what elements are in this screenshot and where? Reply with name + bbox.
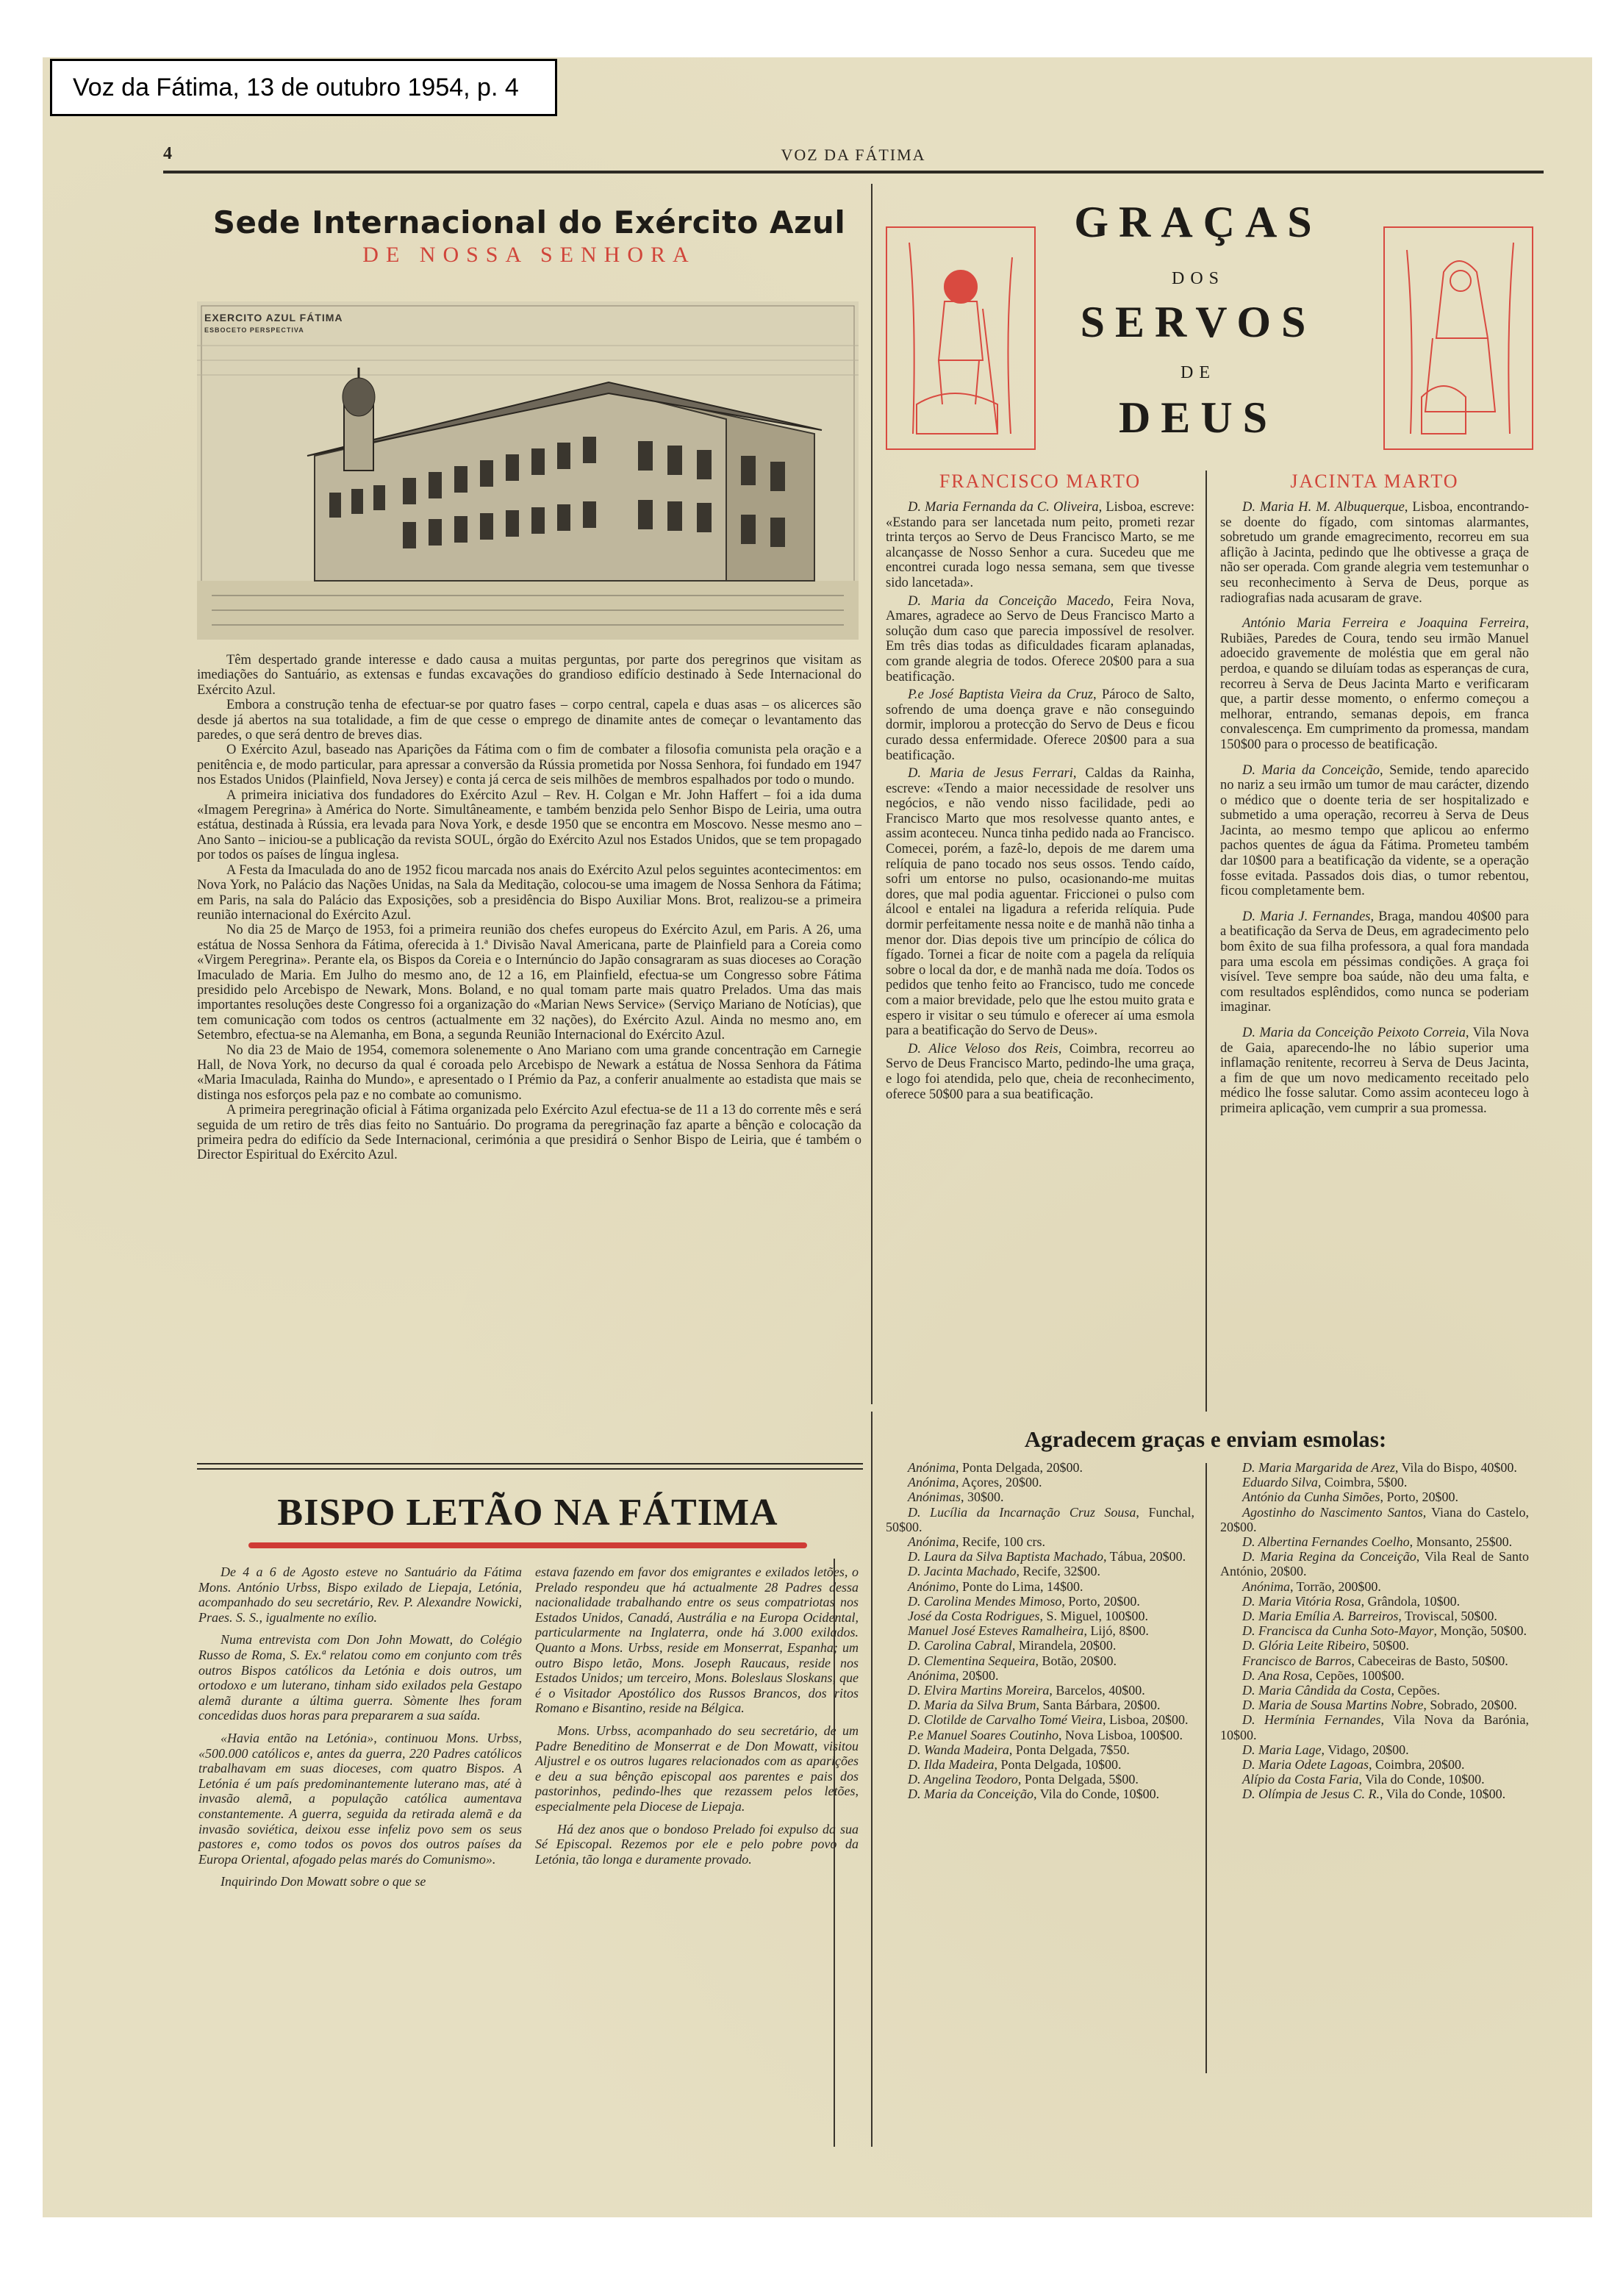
donation-entry: D. Carolina Mendes Mimoso, Porto, 20$00. [886,1594,1194,1609]
donation-entry: D. Ilda Madeira, Ponta Delgada, 10$00. [886,1757,1194,1772]
donation-entry: D. Hermínia Fernandes, Vila Nova da Baró… [1220,1712,1529,1742]
column-divider [871,1412,873,2147]
paragraph: No dia 23 de Maio de 1954, comemora sole… [197,1043,861,1104]
paragraph: No dia 25 de Março de 1953, foi a primei… [197,923,861,1043]
building-illustration: EXERCITO AZUL FÁTIMA ESBOCETO PERSPECTIV… [197,301,859,640]
donation-entry: D. Laura da Silva Baptista Machado, Tábu… [886,1549,1194,1564]
grace-entry: D. Alice Veloso dos Reis, Coimbra, recor… [886,1042,1194,1102]
donation-entry: D. Maria de Sousa Martins Nobre, Sobrado… [1220,1698,1529,1712]
donation-entry: D. Carolina Cabral, Mirandela, 20$00. [886,1638,1194,1653]
paragraph: Mons. Urbss, acompanhado do seu secretár… [535,1723,859,1814]
article-bispo-col-2: estava fazendo em favor dos emigrantes e… [535,1564,859,1874]
grace-entry: D. Maria da Conceição Peixoto Correia, V… [1220,1026,1529,1117]
paragraph: Têm despertado grande interesse e dado c… [197,653,861,698]
donation-entry: Agostinho do Nascimento Santos, Viana do… [1220,1505,1529,1534]
donation-entry: Anónimo, Ponte do Lima, 14$00. [886,1579,1194,1594]
donation-entry: D. Ana Rosa, Cepões, 100$00. [1220,1668,1529,1683]
grace-entry: D. Maria de Jesus Ferrari, Caldas da Rai… [886,766,1194,1039]
donation-entry: D. Angelina Teodoro, Ponta Delgada, 5$00… [886,1772,1194,1787]
donation-entry: D. Maria Odete Lagoas, Coimbra, 20$00. [1220,1757,1529,1772]
column-divider [1205,471,1207,1412]
grace-entry: P.e José Baptista Vieira da Cruz, Pároco… [886,687,1194,763]
donation-entry: D. Clotilde de Carvalho Tomé Vieira, Lis… [886,1712,1194,1727]
donation-entry: Manuel José Esteves Ramalheira, Lijó, 8$… [886,1623,1194,1638]
illustration-label: EXERCITO AZUL FÁTIMA [204,312,343,323]
grace-entry: D. Maria Fernanda da C. Oliveira, Lisboa… [886,500,1194,591]
jacinta-illustration [1383,226,1533,450]
article-sede-body: Têm despertado grande interesse e dado c… [197,653,861,1163]
section-rule [197,1463,863,1464]
donation-entry: Anónimas, 30$00. [886,1489,1194,1504]
donation-entry: Anónima, Açores, 20$00. [886,1475,1194,1489]
running-head: 4 VOZ DA FÁTIMA [163,144,1544,174]
article-bispo-col-1: De 4 a 6 de Agosto esteve no Santuário d… [198,1564,522,1897]
francisco-entries: D. Maria Fernanda da C. Oliveira, Lisboa… [886,500,1194,1105]
donation-entry: Alípio da Costa Faria, Vila do Conde, 10… [1220,1772,1529,1787]
donation-entry: José da Costa Rodrigues, S. Miguel, 100$… [886,1609,1194,1623]
donation-entry: Anónima, Recife, 100 crs. [886,1534,1194,1549]
donations-title: Agradecem graças e enviam esmolas: [875,1426,1536,1453]
donation-entry: Anónima, Ponta Delgada, 20$00. [886,1460,1194,1475]
donation-entry: Anónima, 20$00. [886,1668,1194,1683]
donation-entry: Francisco de Barros, Cabeceiras de Basto… [1220,1653,1529,1668]
paragraph: Há dez anos que o bondoso Prelado foi ex… [535,1822,859,1867]
donation-entry: D. Clementina Sequeira, Botão, 20$00. [886,1653,1194,1668]
jacinta-entries: D. Maria H. M. Albuquerque, Lisboa, enco… [1220,500,1529,1120]
gracas-title-line-3: SERVOS [1058,297,1338,348]
grace-entry: D. Maria H. M. Albuquerque, Lisboa, enco… [1220,500,1529,606]
paragraph: A primeira peregrinação oficial à Fátima… [197,1103,861,1163]
donation-entry: D. Wanda Madeira, Ponta Delgada, 7$50. [886,1742,1194,1757]
gracas-title-line-1: GRAÇAS [1058,197,1338,248]
donation-entry: D. Jacinta Machado, Recife, 32$00. [886,1564,1194,1578]
grace-entry: D. Maria J. Fernandes, Braga, mandou 40$… [1220,909,1529,1015]
donation-entry: D. Glória Leite Ribeiro, 50$00. [1220,1638,1529,1653]
paragraph: De 4 a 6 de Agosto esteve no Santuário d… [198,1564,522,1625]
article-sede-subtitle: DE NOSSA SENHORA [198,243,860,268]
title-underline [248,1542,807,1548]
paragraph: Embora a construção tenha de efectuar-se… [197,698,861,743]
donation-entry: António da Cunha Simões, Porto, 20$00. [1220,1489,1529,1504]
donation-entry: D. Francisca da Cunha Soto-Mayor, Monção… [1220,1623,1529,1638]
donation-entry: D. Maria Vitória Rosa, Grândola, 10$00. [1220,1594,1529,1609]
gracas-title-line-2: DOS [1058,269,1338,289]
paragraph: Numa entrevista com Don John Mowatt, do … [198,1632,522,1723]
grace-entry: António Maria Ferreira e Joaquina Ferrei… [1220,616,1529,752]
jacinta-heading: JACINTA MARTO [1220,471,1529,493]
paragraph: Inquirindo Don Mowatt sobre o que se [198,1874,522,1889]
section-rule [197,1468,863,1470]
article-bispo-title: BISPO LETÃO NA FÁTIMA [197,1491,859,1534]
paragraph: estava fazendo em favor dos emigrantes e… [535,1564,859,1716]
gracas-title-line-4: DE [1058,363,1338,383]
column-divider [871,184,873,1404]
donation-entry: D. Olímpia de Jesus C. R., Vila do Conde… [1220,1787,1529,1801]
donation-entry: D. Elvira Martins Moreira, Barcelos, 40$… [886,1683,1194,1698]
shepherd-boy-icon [887,228,1034,448]
donation-entry: D. Maria da Conceição, Vila do Conde, 10… [886,1787,1194,1801]
donations-list-left: Anónima, Ponta Delgada, 20$00.Anónima, A… [886,1460,1194,1802]
donations-list-right: D. Maria Margarida de Arez, Vila do Bisp… [1220,1460,1529,1802]
column-divider [1205,1463,1207,2073]
newspaper-title: VOZ DA FÁTIMA [163,146,1544,165]
francisco-illustration [886,226,1036,450]
donation-entry: D. Albertina Fernandes Coelho, Monsanto,… [1220,1534,1529,1549]
donation-entry: Eduardo Silva, Coimbra, 5$00. [1220,1475,1529,1489]
donation-entry: D. Maria Margarida de Arez, Vila do Bisp… [1220,1460,1529,1475]
donation-entry: D. Maria Cândida da Costa, Cepões. [1220,1683,1529,1698]
donation-entry: D. Maria Emília A. Barreiros, Troviscal,… [1220,1609,1529,1623]
paragraph: A primeira iniciativa dos fundadores do … [197,788,861,863]
donation-entry: D. Maria da Silva Brum, Santa Bárbara, 2… [886,1698,1194,1712]
shepherd-girl-icon [1385,228,1532,448]
donation-entry: P.e Manuel Soares Coutinho, Nova Lisboa,… [886,1728,1194,1742]
paragraph: O Exército Azul, baseado nas Aparições d… [197,743,861,787]
donation-entry: D. Maria Regina da Conceição, Vila Real … [1220,1549,1529,1578]
citation-caption: Voz da Fátima, 13 de outubro 1954, p. 4 [50,59,557,116]
gracas-title-line-5: DEUS [1058,393,1338,443]
donation-entry: D. Maria Lage, Vidago, 20$00. [1220,1742,1529,1757]
donation-entry: Anónima, Torrão, 200$00. [1220,1579,1529,1594]
donation-entry: D. Lucília da Incarnação Cruz Sousa, Fun… [886,1505,1194,1534]
grace-entry: D. Maria da Conceição Macedo, Feira Nova… [886,594,1194,685]
grace-entry: D. Maria da Conceição, Semide, tendo apa… [1220,763,1529,899]
paragraph: «Havia então na Letónia», continuou Mons… [198,1731,522,1867]
building-drawing-icon [197,301,859,640]
illustration-sublabel: ESBOCETO PERSPECTIVA [204,326,304,334]
article-sede-title: Sede Internacional do Exército Azul [198,204,860,240]
paragraph: A Festa da Imaculada do ano de 1952 fico… [197,863,861,923]
francisco-heading: FRANCISCO MARTO [886,471,1194,493]
